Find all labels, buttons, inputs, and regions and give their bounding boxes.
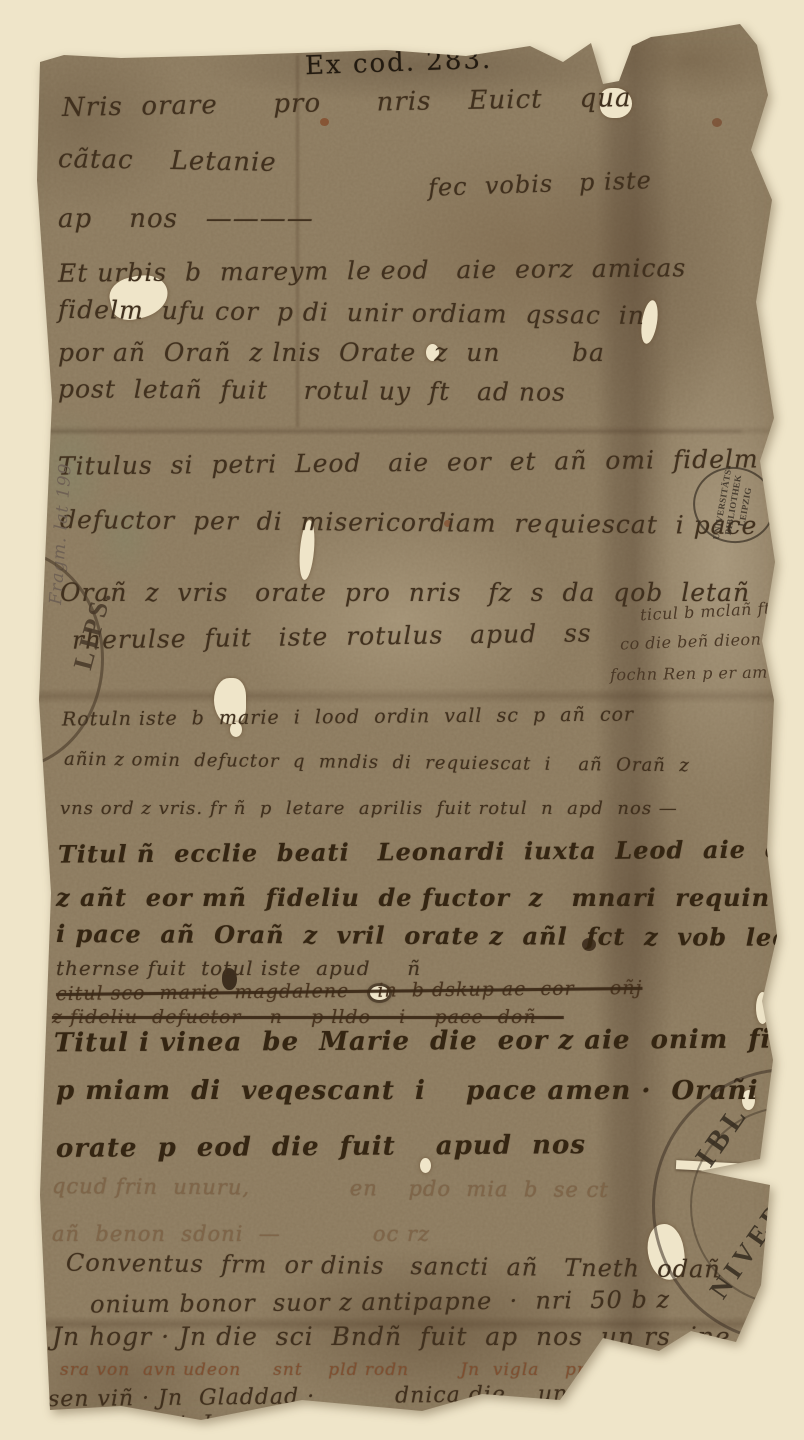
parchment-sheet: Or uy pr Ex cod. 283. Nris orare pro nri… xyxy=(0,0,804,1440)
faint-top-inscription: Or uy pr xyxy=(484,7,609,37)
edge-vignette xyxy=(0,0,804,1440)
manuscript-line: Ead die snt Jn nonis ape dndñ xyxy=(48,1412,424,1432)
parchment-surface: Or uy pr Ex cod. 283. Nris orare pro nri… xyxy=(0,0,804,1440)
